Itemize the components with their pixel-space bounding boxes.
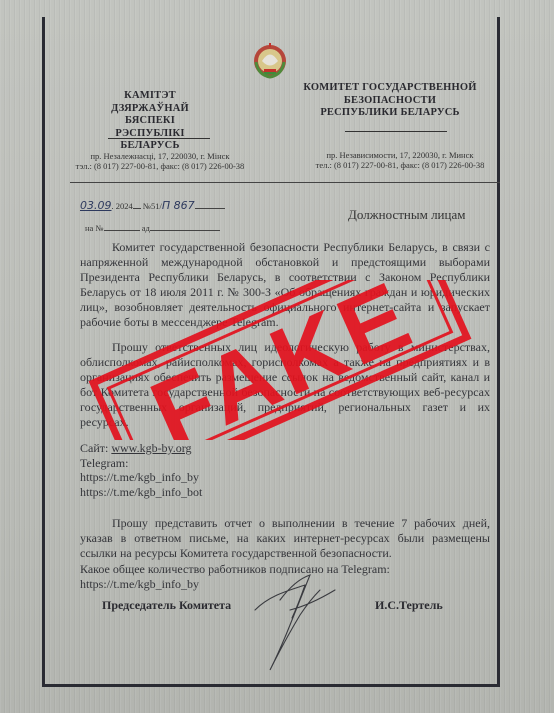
phone-line: тэл.: (8 017) 227-00-81, факс: (8 017) 2… xyxy=(70,161,250,171)
stamp-text: FAKE xyxy=(136,280,428,440)
telegram-label: Telegram: xyxy=(80,456,202,471)
signatory-name: И.С.Тертель xyxy=(375,598,443,613)
telegram-bot-link[interactable]: https://t.me/kgb_info_bot xyxy=(80,485,202,500)
letterhead-right-org: КОМИТЕТ ГОСУДАРСТВЕННОЙ БЕЗОПАСНОСТИ РЕС… xyxy=(300,82,480,120)
letter-document: КАМІТЭТ ДЗЯРЖАЎНАЙ БЯСПЕКІ РЭСПУБЛІКІ БЕ… xyxy=(0,0,554,713)
org-line: БЯСПЕКІ xyxy=(85,115,215,128)
addressee: Должностным лицам xyxy=(348,207,465,223)
telegram-channel-link[interactable]: https://t.me/kgb_info_by xyxy=(80,470,202,485)
divider xyxy=(345,131,447,132)
letterhead-left-org: КАМІТЭТ ДЗЯРЖАЎНАЙ БЯСПЕКІ РЭСПУБЛІКІ БЕ… xyxy=(85,90,215,153)
site-line: Сайт: www.kgb-by.org xyxy=(80,441,202,456)
paragraph-text: Прошу представить отчет о выполнении в т… xyxy=(80,516,490,560)
ref-from: ад xyxy=(142,223,150,233)
ref-label: на № xyxy=(85,223,104,233)
site-link[interactable]: www.kgb-by.org xyxy=(111,441,191,455)
registration-line: 03.09. 2024 №51/П 867 xyxy=(80,198,225,212)
handwritten-number: П 867 xyxy=(162,199,195,212)
org-line: БЕЗОПАСНОСТИ xyxy=(300,95,480,108)
org-line: КАМІТЭТ ДЗЯРЖАЎНАЙ xyxy=(85,90,215,115)
signatory-title: Председатель Комитета xyxy=(102,598,231,613)
number-prefix: №51/ xyxy=(143,201,162,211)
fake-stamp: FAKE xyxy=(80,280,480,440)
org-line: РЭСПУБЛІКІ БЕЛАРУСЬ xyxy=(85,128,215,153)
year: . 2024 xyxy=(112,201,133,211)
header-rule xyxy=(70,182,500,183)
coat-of-arms-icon xyxy=(250,40,290,80)
handwritten-signature xyxy=(250,570,360,675)
handwritten-date: 03.09 xyxy=(80,199,112,212)
divider xyxy=(108,138,210,139)
reference-line: на № ад xyxy=(85,220,220,233)
address-line: пр. Независимости, 17, 220030, г. Минск xyxy=(300,150,500,160)
org-line: КОМИТЕТ ГОСУДАРСТВЕННОЙ xyxy=(300,82,480,95)
address-line: пр. Незалежнасці, 17, 220030, г. Мінск xyxy=(70,151,250,161)
letterhead-left-address: пр. Незалежнасці, 17, 220030, г. Мінск т… xyxy=(70,151,250,171)
letterhead-right-address: пр. Независимости, 17, 220030, г. Минск … xyxy=(300,150,500,170)
paragraph-3: Прошу представить отчет о выполнении в т… xyxy=(80,516,490,561)
site-label: Сайт: xyxy=(80,441,111,455)
org-line: РЕСПУБЛИКИ БЕЛАРУСЬ xyxy=(300,107,480,120)
phone-line: тел.: (8 017) 227-00-81, факс: (8 017) 2… xyxy=(300,160,500,170)
resource-links: Сайт: www.kgb-by.org Telegram: https://t… xyxy=(80,441,202,499)
